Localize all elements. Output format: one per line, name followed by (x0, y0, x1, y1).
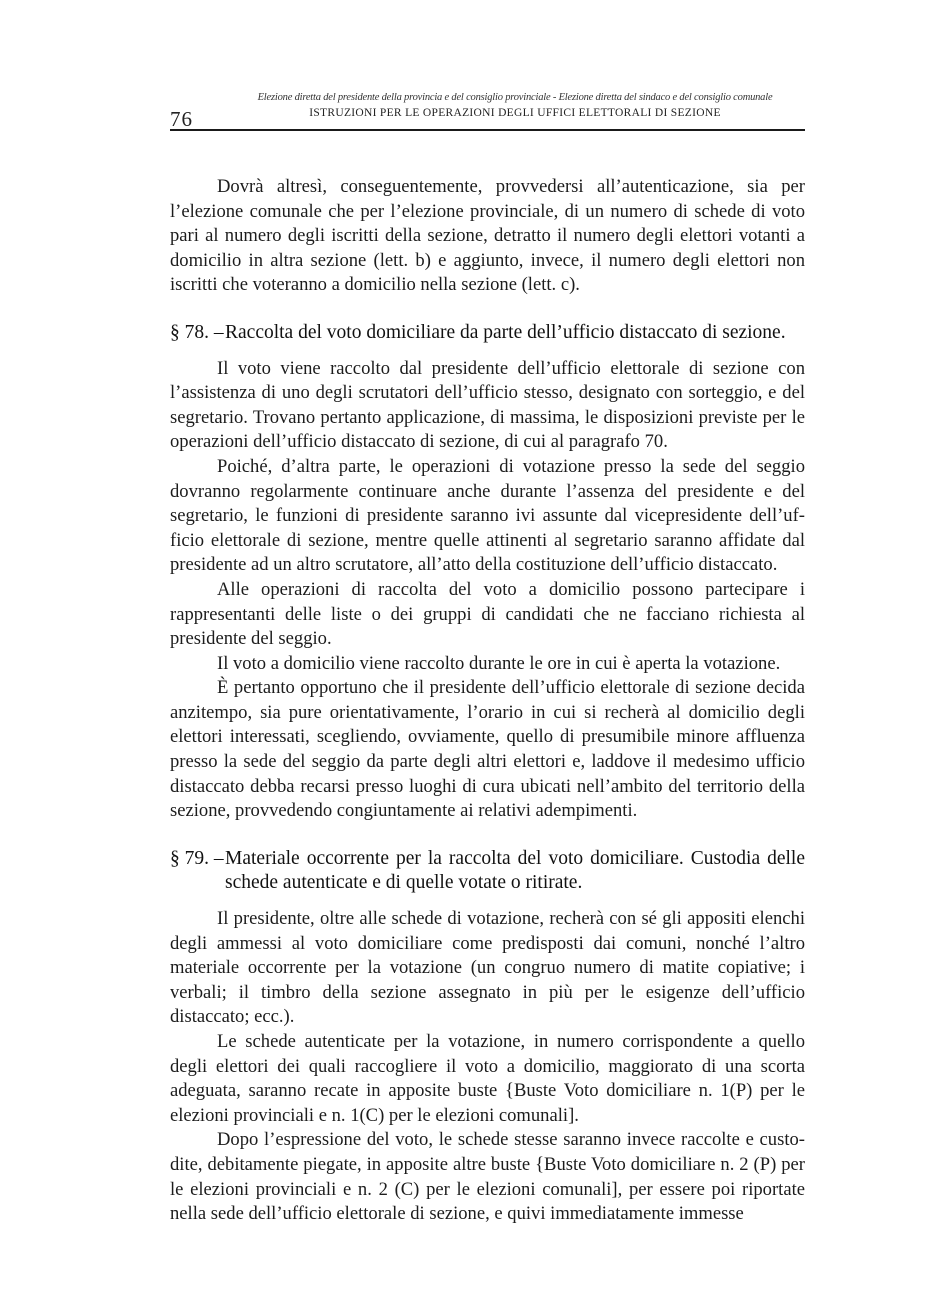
section-78: § 78. – Raccolta del voto domiciliare da… (170, 321, 805, 824)
spacer (170, 824, 805, 847)
paragraph: Alle operazioni di raccolta del voto a d… (170, 578, 805, 652)
paragraph: Le schede autenticate per la votazione, … (170, 1030, 805, 1128)
section-title: Raccolta del voto domiciliare da parte d… (225, 321, 805, 346)
paragraph: Poiché, d’altra parte, le operazioni di … (170, 455, 805, 578)
paragraph: Il presidente, oltre alle schede di vota… (170, 907, 805, 1030)
paragraph: Il voto viene raccolto dal presidente de… (170, 357, 805, 455)
document-page: 76 Elezione diretta del presidente della… (170, 90, 805, 130)
section-heading: § 79. – Materiale occorrente per la racc… (170, 847, 805, 896)
section-79: § 79. – Materiale occorrente per la racc… (170, 847, 805, 1227)
running-header: 76 Elezione diretta del presidente della… (170, 90, 805, 130)
section-title: Materiale occorrente per la raccolta del… (225, 847, 805, 896)
paragraph: Il voto a domicilio viene raccolto duran… (170, 652, 805, 677)
spacer (170, 896, 805, 907)
spacer (170, 346, 805, 357)
section-number: § 78. – (170, 321, 225, 346)
paragraph: È pertanto opportuno che il presidente d… (170, 676, 805, 824)
spacer (170, 298, 805, 321)
header-rule (170, 129, 805, 131)
paragraph: Dopo l’espressione del voto, le schede s… (170, 1128, 805, 1226)
running-title-italic: Elezione diretta del presidente della pr… (225, 92, 805, 103)
section-number: § 79. – (170, 847, 225, 896)
page-body: Dovrà altresì, conseguentemente, provved… (170, 175, 805, 1227)
running-title-caps: ISTRUZIONI PER LE OPERAZIONI DEGLI UFFIC… (225, 107, 805, 119)
intro-paragraph: Dovrà altresì, conseguentemente, provved… (170, 175, 805, 298)
section-heading: § 78. – Raccolta del voto domiciliare da… (170, 321, 805, 346)
